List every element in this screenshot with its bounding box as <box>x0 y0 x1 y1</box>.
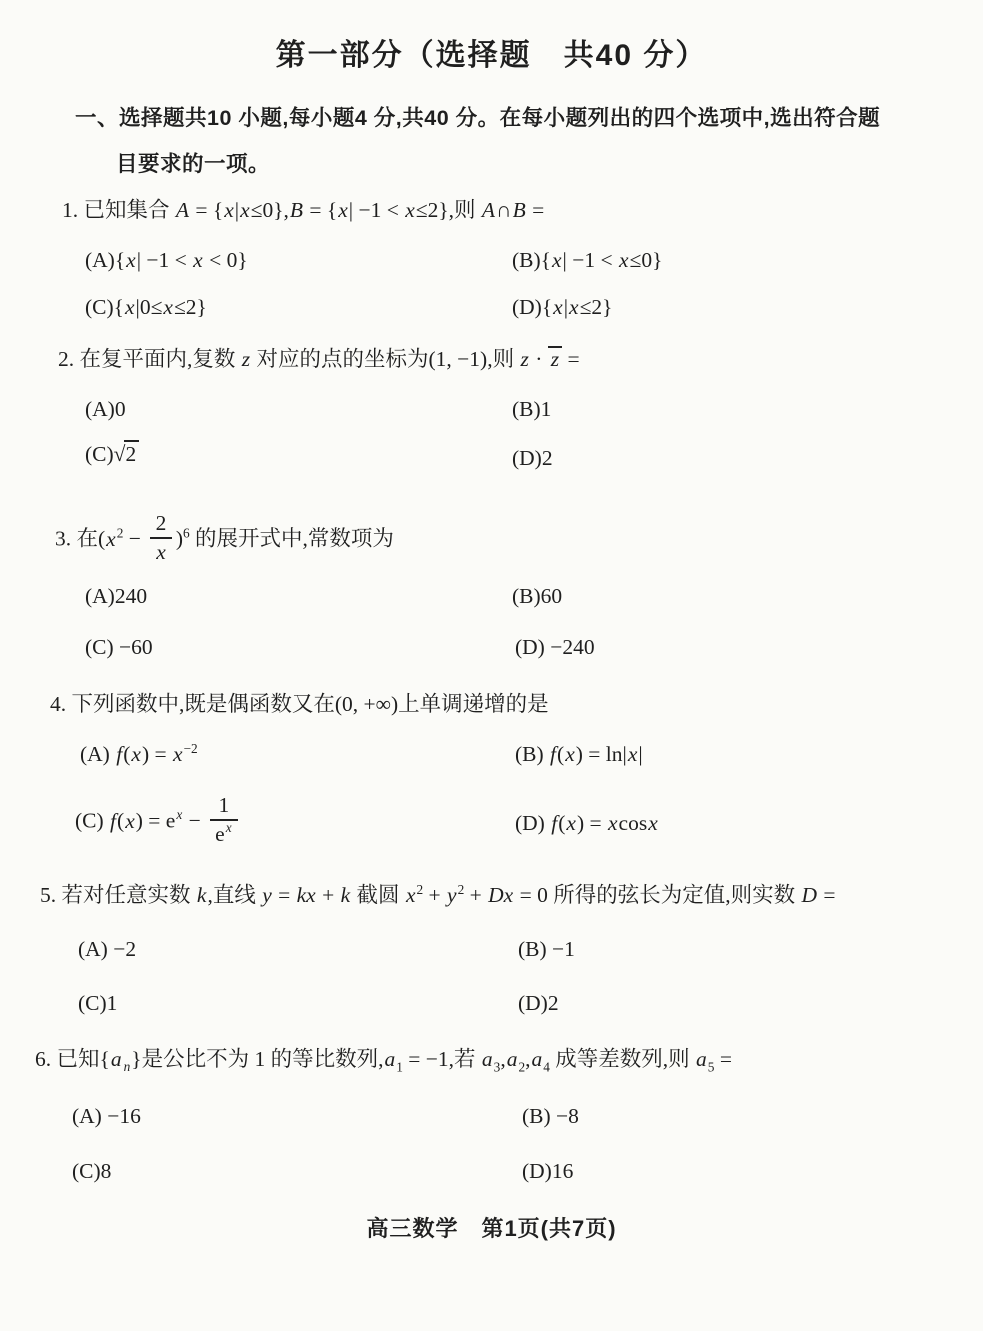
question-4-option-d: (D) f(x) = xcosx <box>515 810 659 837</box>
question-3-option-d: (D) −240 <box>515 634 595 661</box>
question-1-option-a: (A){x| −1 < x < 0} <box>85 247 248 274</box>
exam-page: 第一部分（选择题 共40 分） 一、选择题共10 小题,每小题4 分,共40 分… <box>0 0 983 1331</box>
question-6-stem: 6. 已知{an}是公比不为 1 的等比数列,a1 = −1,若 a3,a2,a… <box>35 1046 732 1073</box>
question-6-option-c: (C)8 <box>72 1158 111 1185</box>
question-4-stem: 4. 下列函数中,既是偶函数又在(0, +∞)上单调递增的是 <box>50 691 549 718</box>
instruction-line-1: 一、选择题共10 小题,每小题4 分,共40 分。在每小题列出的四个选项中,选出… <box>75 101 880 132</box>
question-6-option-a: (A) −16 <box>72 1103 141 1130</box>
question-5-option-a: (A) −2 <box>78 936 136 963</box>
question-3-stem: 3. 在(x2 − 2x)6 的展开式中,常数项为 <box>55 515 394 566</box>
question-5-option-c: (C)1 <box>78 990 117 1017</box>
question-5-option-b: (B) −1 <box>518 936 575 963</box>
question-2-option-c: (C)√2 <box>85 441 139 468</box>
question-4-option-b: (B) f(x) = ln|x| <box>515 741 643 768</box>
question-2-stem: 2. 在复平面内,复数 z 对应的点的坐标为(1, −1),则 z · z = <box>58 346 580 373</box>
question-1-option-b: (B){x| −1 < x≤0} <box>512 247 662 274</box>
question-3-option-b: (B)60 <box>512 583 562 610</box>
question-2-option-d: (D)2 <box>512 445 553 472</box>
question-6-option-d: (D)16 <box>522 1158 573 1185</box>
page-footer: 高三数学 第1页(共7页) <box>0 1212 983 1243</box>
question-1-option-d: (D){x|x≤2} <box>512 294 612 321</box>
question-1-option-c: (C){x|0≤x≤2} <box>85 294 207 321</box>
question-3-option-a: (A)240 <box>85 583 147 610</box>
question-6-option-b: (B) −8 <box>522 1103 579 1130</box>
question-1-stem: 1. 已知集合 A = {x|x≤0},B = {x| −1 < x≤2},则 … <box>62 197 544 224</box>
question-2-option-b: (B)1 <box>512 396 551 423</box>
question-5-option-d: (D)2 <box>518 990 559 1017</box>
instruction-line-2: 目要求的一项。 <box>116 147 270 178</box>
question-4-option-a: (A) f(x) = x−2 <box>80 741 198 768</box>
question-5-stem: 5. 若对任意实数 k,直线 y = kx + k 截圆 x2 + y2 + D… <box>40 882 836 909</box>
question-3-option-c: (C) −60 <box>85 634 153 661</box>
exam-title: 第一部分（选择题 共40 分） <box>0 30 983 74</box>
question-2-option-a: (A)0 <box>85 396 126 423</box>
question-4-option-c: (C) f(x) = ex − 1ex <box>75 797 242 848</box>
